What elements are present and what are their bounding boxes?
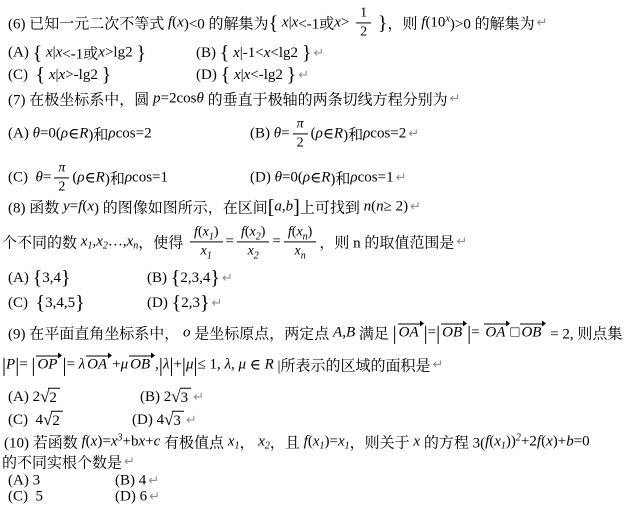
vector-overline: OA [484,324,509,342]
question-9-options-row-1: (A) 2√2 (B) 2√3↵ [0,386,626,409]
square-root: √2 [43,410,63,431]
q6-option-d: (D) { x|x<-lg2 }↵ [196,65,309,85]
q10-option-a: (A) 3 [8,472,40,489]
subscript: 1 [209,231,214,243]
q8-stem-text-2: 个不同的数 x1,x2…,xn，使得 f(x1)x1=f(x2)x2=f(xn)… [2,224,467,259]
superscript: 3 [117,433,122,444]
exam-document-page: (6) 已知一元二次不等式 f(x)<0 的解集为{ x|x<-1或x> 12 … [0,0,626,509]
subscript: 1 [501,441,506,452]
question-10-stem-line-2: 的不同实根个数是↵ [0,453,626,470]
subscript: 1 [320,441,325,452]
vector-overline: OA [86,356,111,374]
square-root: √3 [164,410,184,431]
question-7-stem: (7) 在极坐标系中，圆 p=2cosθ 的垂直于极轴的两条切线方程分别为↵ [0,88,626,110]
q6-stem-text: (6) 已知一元二次不等式 f(x)<0 的解集为{ x|x<-1或x> 12 … [8,5,548,40]
question-9-stem-line-2: |P|= |OP|= λOA+μOB,|λ|+|μ|≤ 1, λ, μ ∈ R … [0,350,626,380]
q8-option-a: (A) {3,4} [8,268,71,288]
q8-option-c: (C) {3,4,5} [8,293,85,313]
question-7-options-row-1: (A) θ=0(ρ∈R)和ρcos=2 (B) θ=π2(ρ∈R)和ρcos=2… [0,111,626,157]
paragraph-mark-icon: ↵ [313,46,324,61]
question-10-options-row-1: (A) 3 (B) 4↵ [0,472,626,489]
subscript: 2 [103,241,108,252]
q10-stem-text-1: (10) 若函数 f(x)=x3+bx+c 有极值点 x1， x2，且 f(x1… [4,432,590,453]
fraction: f(x2)x2 [237,224,269,259]
question-8-stem-line-2: 个不同的数 x1,x2…,xn，使得 f(x1)x1=f(x2)x2=f(xn)… [0,220,626,264]
subscript: n [133,241,138,252]
q7-option-a: (A) θ=0(ρ∈R)和ρcos=2 [8,124,152,145]
fraction: f(xn)xn [284,224,316,259]
paragraph-mark-icon: ↵ [193,390,204,405]
paragraph-mark-icon: ↵ [396,171,407,186]
q9-stem-text-2: |P|= |OP|= λOA+μOB,|λ|+|μ|≤ 1, λ, μ ∈ R … [2,355,443,376]
fraction: π2 [293,116,308,151]
question-6-stem: (6) 已知一元二次不等式 f(x)<0 的解集为{ x|x<-1或x> 12 … [0,0,626,46]
q9-stem-text-1: (9) 在平面直角坐标系中， o 是坐标原点，两定点 A,B 满足 |OA|=|… [8,323,622,344]
paragraph-mark-icon: ↵ [148,473,159,488]
vector-overline: OB [129,356,154,374]
subscript: 2 [254,251,259,263]
q7-stem-text: (7) 在极坐标系中，圆 p=2cosθ 的垂直于极轴的两条切线方程分别为↵ [8,89,461,110]
subscript: 1 [234,441,239,452]
q10-option-b: (B) 4↵ [115,472,159,489]
paragraph-mark-icon: ↵ [537,16,548,31]
subscript: 2 [265,441,270,452]
paragraph-mark-icon: ↵ [149,490,160,505]
paragraph-mark-icon: ↵ [450,92,461,107]
paragraph-mark-icon: ↵ [212,296,223,311]
question-9-stem-line-1: (9) 在平面直角坐标系中， o 是坐标原点，两定点 A,B 满足 |OA|=|… [0,318,626,348]
question-8-options-row-1: (A) {3,4} (B) {2,3,4}↵ [0,267,626,289]
fraction: f(x1)x1 [190,224,222,259]
q6-option-b: (B) { x|-1<x<lg2 }↵ [196,43,324,63]
q10-option-c: (C) 5 [8,489,43,506]
question-9-options-row-2: (C) 4√2 (D) 4√3↵ [0,409,626,432]
question-10-options-row-2: (C) 5 (D) 6↵ [0,488,626,506]
superscript: x [445,14,449,25]
q9-option-d: (D) 4√3↵ [132,410,197,431]
subscript: n [301,251,306,263]
fraction: 12 [356,5,371,40]
q9-option-a: (A) 2√2 [8,387,60,408]
question-8-stem-line-1: (8) 函数 y=f(x) 的图像如图所示，在区间[a,b]上可找到 n(n≥ … [0,196,626,218]
q6-option-a: (A) { x|x<-1或x>lg2 } [8,43,146,64]
square-root: √3 [171,387,191,408]
q8-option-b: (B) {2,3,4}↵ [147,268,233,288]
paragraph-mark-icon: ↵ [410,200,421,215]
q9-option-b: (B) 2√3↵ [140,387,204,408]
question-7-options-row-2: (C) θ=π2(ρ∈R)和ρcos=1 (D) θ=0(ρ∈R)和ρcos=1… [0,156,626,200]
fraction: π2 [54,160,69,195]
q8-stem-text-1: (8) 函数 y=f(x) 的图像如图所示，在区间[a,b]上可找到 n(n≥ … [8,197,421,218]
subscript: 1 [345,441,350,452]
q6-option-c: (C) { x|x>-lg2 } [8,65,111,85]
vector-overline: OP [36,356,61,374]
subscript: n [303,231,308,243]
subscript: 1 [207,251,212,263]
paragraph-mark-icon: ↵ [186,413,197,428]
superscript: 2 [516,433,521,444]
paragraph-mark-icon: ↵ [456,235,467,250]
square-root: √2 [40,387,60,408]
q7-option-c: (C) θ=π2(ρ∈R)和ρcos=1 [8,160,168,195]
q9-option-c: (C) 4√2 [8,410,63,431]
subscript: 1 [87,241,92,252]
paragraph-mark-icon: ↵ [222,271,233,286]
q10-stem-text-2: 的不同实根个数是↵ [2,451,135,472]
vector-overline: OB [441,324,466,342]
vector-overline: OB [520,324,545,342]
q8-option-d: (D) {2,3}↵ [147,293,222,313]
paragraph-mark-icon: ↵ [408,127,419,142]
question-6-options-row-1: (A) { x|x<-1或x>lg2 } (B) { x|-1<x<lg2 }↵ [0,42,626,64]
vector-overline: OA [398,324,423,342]
question-8-options-row-2: (C) {3,4,5} (D) {2,3}↵ [0,292,626,314]
subscript: 2 [256,231,261,243]
question-6-options-row-2: (C) { x|x>-lg2 } (D) { x|x<-lg2 }↵ [0,64,626,86]
q10-option-d: (D) 6↵ [115,489,160,506]
paragraph-mark-icon: ↵ [433,358,444,373]
paragraph-mark-icon: ↵ [124,454,135,469]
paragraph-mark-icon: ↵ [298,68,309,83]
q7-option-d: (D) θ=0(ρ∈R)和ρcos=1↵ [250,168,406,189]
q7-option-b: (B) θ=π2(ρ∈R)和ρcos=2↵ [250,116,419,151]
